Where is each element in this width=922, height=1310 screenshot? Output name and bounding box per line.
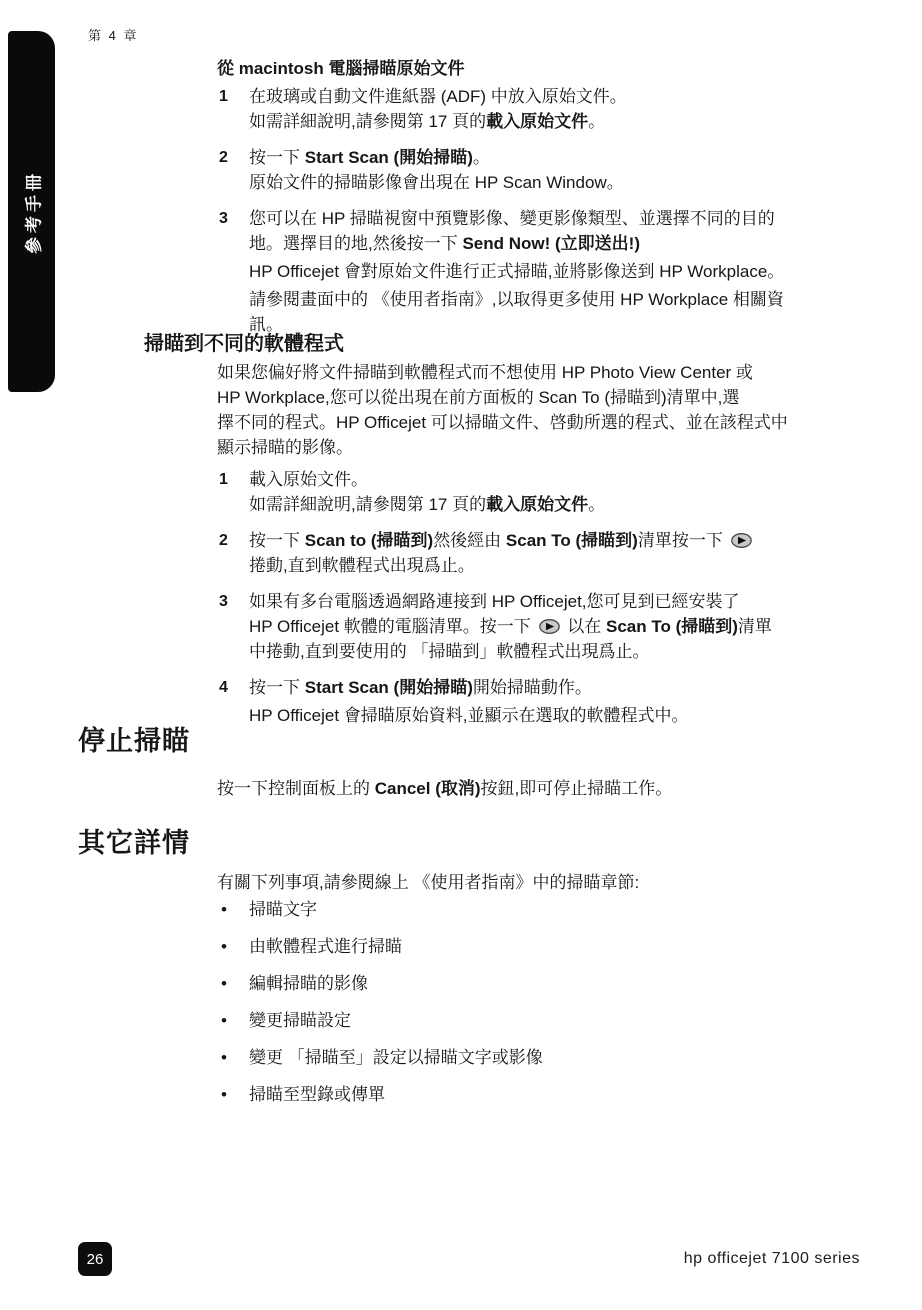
bullet-dot: •: [221, 934, 249, 959]
bullet-dot: •: [221, 1082, 249, 1107]
text-segment: 清單按一下: [638, 531, 728, 550]
subsection-heading-scan-from-macintosh: 從 macintosh 電腦掃瞄原始文件: [217, 54, 464, 79]
step-body: 如果有多台電腦透過網路連接到 HP Officejet,您可見到已經安裝了 HP…: [249, 589, 884, 664]
step-body: 按一下 Start Scan (開始掃瞄)開始掃瞄動作。 HP Officeje…: [249, 675, 884, 728]
step-number: 2: [219, 528, 249, 578]
step-line: 如需詳細說明,請參閱第 17 頁的載入原始文件。: [249, 109, 884, 134]
step-line: 中捲動,直到要使用的 「掃瞄到」軟體程式出現爲止。: [249, 639, 884, 664]
step-line: 按一下 Scan to (掃瞄到)然後經由 Scan To (掃瞄到)清單按一下: [249, 528, 884, 553]
text-segment: 地。選擇目的地,然後按一下: [249, 234, 462, 253]
text-segment: Start Scan (開始掃瞄): [305, 148, 473, 167]
text-segment: HP Officejet 會掃瞄原始資料,並顯示在選取的軟體程式中。: [249, 706, 689, 725]
bullet-text: 變更掃瞄設定: [249, 1008, 351, 1033]
footer-product-name: hp officejet 7100 series: [684, 1250, 860, 1268]
bullet-dot: •: [221, 1008, 249, 1033]
step-line: HP Officejet 軟體的電腦清單。按一下 以在 Scan To (掃瞄到…: [249, 614, 884, 639]
step-item: 3 如果有多台電腦透過網路連接到 HP Officejet,您可見到已經安裝了 …: [219, 589, 884, 664]
text-segment: 請參閱畫面中的 《使用者指南》,以取得更多使用 HP Workplace 相關資: [249, 290, 784, 309]
text-segment: 載入原始文件: [486, 112, 588, 131]
bullet-text: 由軟體程式進行掃瞄: [249, 934, 402, 959]
text-segment: Start Scan (開始掃瞄): [305, 678, 473, 697]
step-item: 2 按一下 Scan to (掃瞄到)然後經由 Scan To (掃瞄到)清單按…: [219, 528, 884, 578]
text-segment: 捲動,直到軟體程式出現爲止。: [249, 556, 475, 575]
scroll-right-icon: [539, 619, 560, 634]
bullet-list: • 掃瞄文字 • 由軟體程式進行掃瞄 • 編輯掃瞄的影像 • 變更掃瞄設定 • …: [221, 897, 543, 1119]
section-heading-scan-to-software: 掃瞄到不同的軟體程式: [144, 327, 344, 356]
bullet-item: • 掃瞄至型錄或傳單: [221, 1082, 543, 1107]
paragraph-more-details-intro: 有關下列事項,請參閱線上 《使用者指南》中的掃瞄章節:: [217, 870, 897, 895]
text-segment: 您可以在 HP 掃瞄視窗中預覽影像、變更影像類型、並選擇不同的目的: [249, 209, 775, 228]
step-number: 1: [219, 84, 249, 134]
text-segment: 按一下: [249, 531, 305, 550]
text-segment: Scan To (掃瞄到): [606, 617, 738, 636]
bullet-dot: •: [221, 971, 249, 996]
step-item: 4 按一下 Start Scan (開始掃瞄)開始掃瞄動作。 HP Office…: [219, 675, 884, 728]
paragraph-line: 如果您偏好將文件掃瞄到軟體程式而不想使用 HP Photo View Cente…: [217, 360, 897, 385]
paragraph-stop-scanning: 按一下控制面板上的 Cancel (取消)按鈕,即可停止掃瞄工作。: [217, 776, 897, 801]
text-segment: 開始掃瞄動作。: [473, 678, 592, 697]
step-number: 4: [219, 675, 249, 728]
step-line: 如需詳細說明,請參閱第 17 頁的載入原始文件。: [249, 492, 884, 517]
paragraph-line: 有關下列事項,請參閱線上 《使用者指南》中的掃瞄章節:: [217, 870, 897, 895]
text-segment: Send Now! (立即送出!): [462, 234, 640, 253]
step-line: 地。選擇目的地,然後按一下 Send Now! (立即送出!): [249, 231, 884, 256]
text-segment: 清單: [738, 617, 772, 636]
bullet-dot: •: [221, 1045, 249, 1070]
paragraph-line: 擇不同的程式。HP Officejet 可以掃瞄文件、啓動所選的程式、並在該程式…: [217, 410, 897, 435]
step-line: HP Officejet 會對原始文件進行正式掃瞄,並將影像送到 HP Work…: [249, 259, 884, 284]
bullet-item: • 變更掃瞄設定: [221, 1008, 543, 1033]
text-segment: Cancel (取消): [375, 779, 481, 798]
sidebar-tab-label: 參考手冊: [19, 170, 44, 254]
chapter-label: 第 4 章: [88, 25, 138, 44]
text-segment: 中捲動,直到要使用的 「掃瞄到」軟體程式出現爲止。: [249, 642, 649, 661]
section-heading-more-details: 其它詳情: [78, 821, 190, 860]
step-body: 在玻璃或自動文件進紙器 (ADF) 中放入原始文件。 如需詳細說明,請參閱第 1…: [249, 84, 884, 134]
bullet-item: • 變更 「掃瞄至」設定以掃瞄文字或影像: [221, 1045, 543, 1070]
step-line: 在玻璃或自動文件進紙器 (ADF) 中放入原始文件。: [249, 84, 884, 109]
bullet-text: 掃瞄至型錄或傳單: [249, 1082, 385, 1107]
bullet-text: 掃瞄文字: [249, 897, 317, 922]
step-line: 請參閱畫面中的 《使用者指南》,以取得更多使用 HP Workplace 相關資: [249, 287, 884, 312]
page-number-badge: 26: [78, 1242, 112, 1276]
text-segment: 如需詳細說明,請參閱第 17 頁的: [249, 495, 486, 514]
step-item: 2 按一下 Start Scan (開始掃瞄)。 原始文件的掃瞄影像會出現在 H…: [219, 145, 884, 195]
step-item: 3 您可以在 HP 掃瞄視窗中預覽影像、變更影像類型、並選擇不同的目的 地。選擇…: [219, 206, 884, 337]
step-line: 捲動,直到軟體程式出現爲止。: [249, 553, 884, 578]
text-segment: 載入原始文件: [486, 495, 588, 514]
text-segment: 如需詳細說明,請參閱第 17 頁的: [249, 112, 486, 131]
bullet-item: • 由軟體程式進行掃瞄: [221, 934, 543, 959]
paragraph-line: HP Workplace,您可以從出現在前方面板的 Scan To (掃瞄到)清…: [217, 385, 897, 410]
paragraph-scan-to-software: 如果您偏好將文件掃瞄到軟體程式而不想使用 HP Photo View Cente…: [217, 360, 897, 460]
text-segment: 按一下: [249, 148, 305, 167]
step-line: 按一下 Start Scan (開始掃瞄)開始掃瞄動作。: [249, 675, 884, 700]
section-heading-stop-scanning: 停止掃瞄: [78, 719, 190, 758]
text-segment: 原始文件的掃瞄影像會出現在 HP Scan Window。: [249, 173, 624, 192]
steps-list-scan-to: 1 載入原始文件。 如需詳細說明,請參閱第 17 頁的載入原始文件。 2 按一下…: [219, 467, 884, 739]
bullet-text: 編輯掃瞄的影像: [249, 971, 368, 996]
sidebar-tab: 參考手冊: [8, 31, 55, 392]
steps-list-macintosh: 1 在玻璃或自動文件進紙器 (ADF) 中放入原始文件。 如需詳細說明,請參閱第…: [219, 84, 884, 348]
paragraph-line: 顯示掃瞄的影像。: [217, 435, 897, 460]
step-item: 1 在玻璃或自動文件進紙器 (ADF) 中放入原始文件。 如需詳細說明,請參閱第…: [219, 84, 884, 134]
text-segment: 按一下控制面板上的: [217, 779, 375, 798]
step-number: 3: [219, 206, 249, 337]
paragraph-line: 按一下控制面板上的 Cancel (取消)按鈕,即可停止掃瞄工作。: [217, 776, 897, 801]
text-segment: 按一下: [249, 678, 305, 697]
text-segment: Scan to (掃瞄到): [305, 531, 433, 550]
step-line: 原始文件的掃瞄影像會出現在 HP Scan Window。: [249, 170, 884, 195]
text-segment: 。: [588, 112, 605, 131]
text-segment: 載入原始文件。: [249, 470, 368, 489]
step-item: 1 載入原始文件。 如需詳細說明,請參閱第 17 頁的載入原始文件。: [219, 467, 884, 517]
bullet-text: 變更 「掃瞄至」設定以掃瞄文字或影像: [249, 1045, 543, 1070]
text-segment: 。: [588, 495, 605, 514]
step-line: HP Officejet 會掃瞄原始資料,並顯示在選取的軟體程式中。: [249, 703, 884, 728]
text-segment: HP Officejet 會對原始文件進行正式掃瞄,並將影像送到 HP Work…: [249, 262, 784, 281]
text-segment: 按鈕,即可停止掃瞄工作。: [481, 779, 673, 798]
text-segment: Scan To (掃瞄到): [506, 531, 638, 550]
step-line: 訊。: [249, 312, 884, 337]
step-body: 按一下 Scan to (掃瞄到)然後經由 Scan To (掃瞄到)清單按一下…: [249, 528, 884, 578]
step-line: 載入原始文件。: [249, 467, 884, 492]
bullet-dot: •: [221, 897, 249, 922]
step-number: 3: [219, 589, 249, 664]
step-line: 您可以在 HP 掃瞄視窗中預覽影像、變更影像類型、並選擇不同的目的: [249, 206, 884, 231]
step-number: 1: [219, 467, 249, 517]
text-segment: 然後經由: [433, 531, 506, 550]
step-body: 載入原始文件。 如需詳細說明,請參閱第 17 頁的載入原始文件。: [249, 467, 884, 517]
step-body: 您可以在 HP 掃瞄視窗中預覽影像、變更影像類型、並選擇不同的目的 地。選擇目的…: [249, 206, 884, 337]
bullet-item: • 掃瞄文字: [221, 897, 543, 922]
text-segment: HP Officejet 軟體的電腦清單。按一下: [249, 617, 536, 636]
text-segment: 如果有多台電腦透過網路連接到 HP Officejet,您可見到已經安裝了: [249, 592, 740, 611]
step-line: 按一下 Start Scan (開始掃瞄)。: [249, 145, 884, 170]
text-segment: 在玻璃或自動文件進紙器 (ADF) 中放入原始文件。: [249, 87, 627, 106]
scroll-right-icon: [731, 533, 752, 548]
text-segment: 。: [473, 148, 490, 167]
step-body: 按一下 Start Scan (開始掃瞄)。 原始文件的掃瞄影像會出現在 HP …: [249, 145, 884, 195]
text-segment: 以在: [563, 617, 606, 636]
step-number: 2: [219, 145, 249, 195]
bullet-item: • 編輯掃瞄的影像: [221, 971, 543, 996]
step-line: 如果有多台電腦透過網路連接到 HP Officejet,您可見到已經安裝了: [249, 589, 884, 614]
